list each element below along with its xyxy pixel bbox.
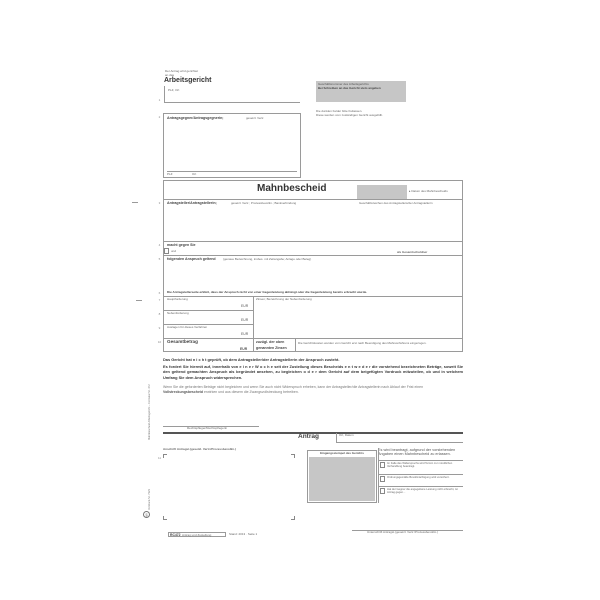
corner-mark <box>163 516 167 520</box>
applicant-field[interactable]: Antragsteller/Antragstellerin; gesetzl. … <box>163 199 463 241</box>
option-checkbox[interactable] <box>380 488 385 494</box>
address-window-field[interactable] <box>163 454 295 520</box>
divider <box>253 296 254 352</box>
field-number: 9 <box>157 326 162 330</box>
total-suffix-1: zuzügl. der oben <box>256 340 284 344</box>
plz-ort-label: PLZ, Ort <box>168 89 179 93</box>
margin-vertical-text: Mahnbescheid Arbeitsgericht – Formular N… <box>148 384 151 440</box>
interest-label: Zinsen; Bezeichnung der Nebenforderung <box>256 298 312 302</box>
applicant-hint: gesetzl. Vertr.; Prozessbevollm.; Bankve… <box>231 202 296 206</box>
field-number: 10 <box>157 340 162 344</box>
date-note-text: Datum des Mahnbescheids <box>411 189 447 193</box>
form-version: Stand: 2013 · Seite 1 <box>229 533 257 537</box>
notice-p3a: Wenn Sie die geforderten Beträge nicht b… <box>163 385 423 389</box>
costs-note: Die Gerichtskosten werden vom Gericht er… <box>298 342 438 346</box>
divider <box>379 486 463 487</box>
divider <box>379 460 463 461</box>
corner-mark <box>291 516 295 520</box>
amount-row[interactable]: Hauptforderung EUR <box>163 296 253 310</box>
notice-p3: Wenn Sie die geforderten Beträge nicht b… <box>163 385 463 395</box>
field-number: 7 <box>157 298 162 302</box>
amount-currency: EUR <box>241 318 248 322</box>
field-number: 3 <box>157 201 162 205</box>
date-field <box>357 185 407 199</box>
ort-label: Ort <box>192 173 196 177</box>
und-label: und <box>171 250 176 254</box>
claim-hint: (genaue Bezeichnung, insbes. mit Zeitang… <box>223 258 311 262</box>
stamp-label: Eingangsstempel des Gerichts <box>308 452 376 456</box>
divider <box>295 338 296 352</box>
ort-datum-label: Ort, Datum <box>339 434 354 438</box>
fold-mark <box>136 300 142 301</box>
court-reference-box: Geschäftsnummer des Arbeitsgerichts Bei … <box>316 81 406 102</box>
amount-label: Nebenforderung <box>167 312 189 316</box>
joint-debtor-checkbox[interactable] <box>164 248 169 254</box>
amount-label: Auslagen für dieses Verfahren <box>167 326 207 330</box>
form-sub: Antrag und Zustellung <box>182 534 211 538</box>
claim-field[interactable]: folgenden Anspruch geltend (genaue Bezei… <box>163 255 463 292</box>
margin-vertical-text-2: Vordruck-Nr. 7923 <box>148 489 151 510</box>
option-checkbox[interactable] <box>380 476 385 482</box>
fold-mark <box>132 202 138 203</box>
court-title: Arbeitsgericht <box>164 77 211 84</box>
court-box-line-2: Bei Schreiben an das Gericht stets angeb… <box>318 87 381 91</box>
court-stamp-box: Eingangsstempel des Gerichts <box>307 450 377 503</box>
date-note: ▸ Datum des Mahnbescheids <box>409 190 448 194</box>
amount-row[interactable]: Auslagen für dieses Verfahren EUR <box>163 324 253 338</box>
divider <box>163 241 463 242</box>
amount-row[interactable]: Nebenforderung EUR <box>163 310 253 324</box>
address-bracket <box>164 86 165 103</box>
field-number: 2 <box>157 115 162 119</box>
publisher-logo-icon: § <box>143 511 150 518</box>
stamp-area <box>309 457 375 501</box>
total-currency: EUR <box>240 347 247 351</box>
divider <box>379 474 463 475</box>
form-code-box: RC472 Antrag und Zustellung <box>168 532 226 537</box>
plz-ort-line <box>167 171 297 172</box>
court-address-field[interactable] <box>164 102 300 103</box>
field-number: 6 <box>157 291 162 295</box>
notice-p3b: Vollstreckungsbescheid <box>163 390 203 394</box>
respondent-label: Antragsgegner/Antragsgegnerin; <box>167 116 224 120</box>
signature-label: Unterschrift Antragst.(gesetzl. Vertr./P… <box>367 531 438 535</box>
respondent-box[interactable]: Antragsgegner/Antragsgegnerin; gesetzl. … <box>163 113 301 178</box>
declaration-text: Die Antragstellerseite erklärt, dass der… <box>167 291 367 295</box>
claim-label: folgenden Anspruch geltend <box>167 257 216 261</box>
option-label: Hat der Gegner die angegebene Leistung n… <box>387 488 461 494</box>
field-number: 11 <box>157 456 162 460</box>
applicant-ref-label: Geschäftszeichen des Antragstellers/der … <box>359 202 433 206</box>
antrag-title: Antrag <box>298 433 319 440</box>
page-title: Mahnbescheid <box>257 183 326 194</box>
ort-datum-field[interactable]: Ort, Datum <box>336 433 463 443</box>
amount-label: Hauptforderung <box>167 298 188 302</box>
option-label: Ordnungsgemäße Bevollmächtigung wird ver… <box>387 476 461 479</box>
clerk-label: Rechtspfleger/Rechtspflegerin <box>187 427 227 431</box>
corner-mark <box>291 454 295 458</box>
divider <box>163 338 463 339</box>
amount-currency: EUR <box>241 332 248 336</box>
option-checkbox[interactable] <box>380 462 385 468</box>
option-label: Im Falle des Widerspruchs wird Termin zu… <box>387 462 461 468</box>
side-note-line-2: Diese werden vom zuständigen Gericht aus… <box>316 114 383 118</box>
notice-p2: Es fordert Sie hiermit auf, innerhalb vo… <box>163 364 463 380</box>
notice-p1: Das Gericht hat n i c h t geprüft, ob de… <box>163 357 339 362</box>
field-number: 8 <box>157 312 162 316</box>
applicant-label: Antragsteller/Antragstellerin; <box>167 201 217 205</box>
plz-label: PLZ <box>167 173 173 177</box>
notice-p3c: erwirken und aus diesem die Zwangsvollst… <box>204 390 299 394</box>
corner-mark <box>163 454 167 458</box>
request-text: Es wird beantragt, aufgrund der vorstehe… <box>378 448 463 457</box>
amount-currency: EUR <box>241 304 248 308</box>
against-label: macht gegen Sie <box>167 243 196 247</box>
field-number: 1 <box>157 98 162 102</box>
total-suffix-2: genannten Zinsen <box>256 346 287 350</box>
divider <box>378 448 379 503</box>
form-code: RC472 <box>170 533 181 537</box>
total-label: Gesamtbetrag <box>167 339 198 344</box>
field-number: 5 <box>157 257 162 261</box>
field-number: 4 <box>157 243 162 247</box>
applicant-address-label: Anschrift Antragst.(gesetzl. Vertr./Proz… <box>163 448 236 452</box>
respondent-hint: gesetzl. Vertr. <box>246 117 264 121</box>
